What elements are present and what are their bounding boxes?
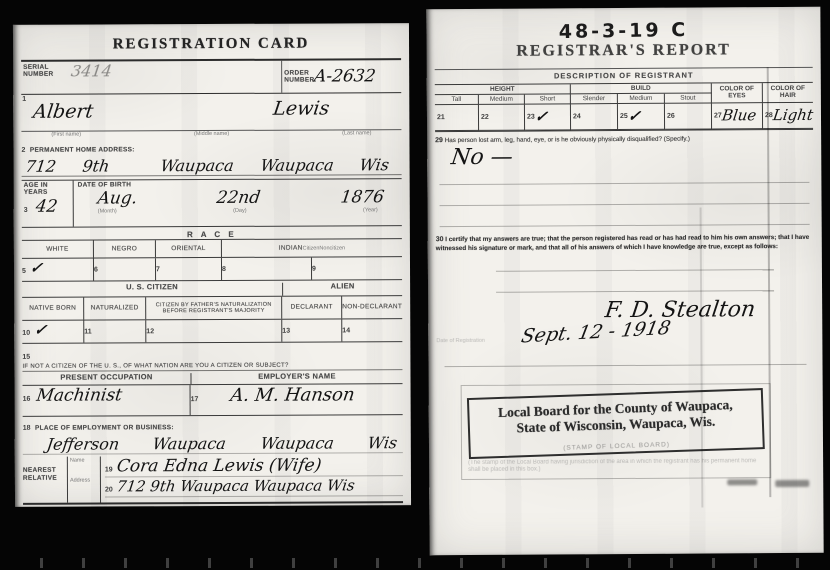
height-tall-label: Tall: [435, 95, 479, 105]
q19-number: 19: [105, 467, 113, 474]
alien-header: ALIEN: [283, 282, 402, 296]
color-of-hair-header: COLOR OF HAIR: [763, 82, 813, 102]
address-county: Waupaca: [259, 155, 335, 174]
serial-number-label: SERIAL NUMBER: [23, 64, 65, 79]
address-city: Waupaca: [160, 156, 236, 175]
employment-street: Jefferson: [45, 434, 120, 453]
order-number-label: ORDER NUMBER: [284, 69, 314, 84]
q29-text: Has person lost arm, leg, hand, eye, or …: [445, 135, 690, 143]
present-occupation-header: PRESENT OCCUPATION: [22, 373, 191, 385]
blank-line: [444, 342, 806, 367]
race-col-negro: Negro: [94, 240, 156, 257]
dob-year: 1876: [339, 188, 385, 208]
name-row: 1 Albert Lewis: [21, 93, 401, 132]
citizen-cell-num: 14: [342, 328, 350, 335]
native-born-checkmark: ✓: [33, 321, 48, 339]
dob-year-sublabel: (Year): [363, 208, 378, 214]
employment-state: Wis: [366, 433, 398, 452]
age-value: 42: [35, 197, 59, 217]
desc-cell-num: 21: [437, 114, 445, 121]
race-col-white: White: [22, 241, 94, 258]
stamp-note: (The stamp of the Local Board having jur…: [468, 458, 764, 475]
build-stout-label: Stout: [665, 93, 712, 103]
color-of-hair-value: Light: [772, 106, 814, 124]
dob-day: 22nd: [216, 188, 262, 208]
first-name-value: Albert: [32, 101, 95, 123]
middle-name-sublabel: (Middle name): [194, 131, 229, 137]
film-edge-ticks: [40, 558, 830, 568]
occupation-value: Machinist: [35, 385, 123, 405]
relative-name-label: Name: [70, 458, 98, 464]
blank-line: [496, 270, 774, 293]
race-cell-num: 6: [94, 267, 98, 274]
card-title: REGISTRATION CARD: [21, 35, 401, 54]
last-name-value: Lewis: [272, 97, 331, 119]
footer-smudge: [775, 480, 809, 487]
col-naturalized: Naturalized: [84, 297, 146, 319]
date-of-registration-label: Date of Registration: [436, 338, 522, 345]
address-label: PERMANENT HOME ADDRESS:: [30, 146, 135, 153]
nearest-relative-block: NEAREST RELATIVE Name Address 19 Cora Ed…: [23, 455, 403, 503]
age-number: 3: [24, 207, 28, 214]
employers-name-header: EMPLOYER'S NAME: [191, 372, 402, 384]
address-block: 2 PERMANENT HOME ADDRESS: 712 9th Waupac…: [21, 137, 401, 177]
dob-day-sublabel: (Day): [233, 208, 246, 214]
q29-answer: No —: [450, 145, 515, 170]
local-board-stamp: Local Board for the County of Waupaca, S…: [467, 388, 765, 460]
race-col-indian: Indian: [279, 245, 303, 253]
serial-number-value: 3414: [70, 61, 113, 80]
q15-number: 15: [22, 354, 30, 361]
relative-name-value: Cora Edna Lewis (Wife): [116, 456, 323, 477]
order-number-value: A-2632: [313, 66, 377, 86]
color-of-eyes-value: Blue: [721, 106, 758, 124]
q15-text: If not a citizen of the U. S., of what n…: [22, 362, 402, 372]
certification-text: I certify that my answers are true; that…: [436, 234, 809, 252]
citizen-cell-num: 11: [84, 329, 91, 336]
race-cell-num: 7: [156, 266, 160, 273]
report-title: REGISTRAR'S REPORT: [435, 41, 813, 61]
nearest-relative-label: NEAREST RELATIVE: [23, 457, 67, 503]
citizen-cell-num: 10: [22, 330, 30, 337]
race-cell-num: 9: [312, 266, 316, 273]
col-father-naturalization: Citizen by Father's Naturalization Befor…: [146, 297, 282, 320]
age-label: Age in Years: [24, 182, 71, 197]
footer-smudge: [727, 479, 757, 485]
race-col-oriental: Oriental: [156, 240, 222, 257]
dob-month: Aug.: [96, 189, 138, 209]
race-table: White Negro Oriental Indian Citizen Nonc…: [22, 238, 402, 282]
race-cell-num: 5: [22, 268, 26, 275]
citizen-cell-num: 12: [146, 328, 154, 335]
race-indian-noncitizen: Noncitizen: [319, 245, 345, 251]
first-name-sublabel: (First name): [51, 132, 81, 138]
desc-cell-num: 26: [667, 112, 675, 119]
q16-number: 16: [23, 396, 31, 403]
occupation-row: 16 Machinist 17 A. M. Hanson: [23, 383, 403, 416]
blank-line: [440, 204, 810, 227]
height-short-checkmark: ✓: [534, 108, 549, 126]
q20-number: 20: [105, 487, 113, 494]
employer-value: A. M. Hanson: [229, 384, 356, 406]
description-of-registrant-title: DESCRIPTION OF REGISTRANT: [435, 67, 813, 82]
q15-block: 15 If not a citizen of the U. S., of wha…: [22, 344, 402, 372]
us-citizen-header: U. S. CITIZEN: [22, 283, 283, 297]
desc-cell-num: 24: [573, 113, 581, 120]
employment-county: Waupaca: [259, 434, 335, 453]
stamp-box-outer: Local Board for the County of Waupaca, S…: [461, 383, 772, 480]
q18-number: 18: [23, 425, 31, 432]
build-medium-checkmark: ✓: [627, 107, 642, 125]
build-medium-label: Medium: [618, 93, 665, 103]
race-white-checkmark: ✓: [29, 259, 44, 277]
height-medium-label: Medium: [479, 94, 525, 104]
blank-line: [439, 183, 809, 206]
q29-number: 29: [435, 137, 443, 144]
citizen-cell-num: 13: [282, 328, 290, 335]
employment-city: Waupaca: [152, 434, 228, 453]
q18-label: PLACE OF EMPLOYMENT OR BUSINESS:: [35, 424, 174, 432]
q1-number: 1: [22, 96, 26, 103]
occupation-headers: PRESENT OCCUPATION EMPLOYER'S NAME: [22, 372, 402, 385]
race-cell-num: 8: [222, 266, 226, 273]
dob-month-sublabel: (Month): [98, 209, 117, 215]
relative-address-value: 712 9th Waupaca Waupaca Wis: [116, 476, 356, 495]
description-table: HEIGHT BUILD COLOR OF EYES COLOR OF HAIR…: [435, 81, 813, 131]
registrars-report-card: 48-3-19 C REGISTRAR'S REPORT DESCRIPTION…: [426, 7, 823, 555]
q2-number: 2: [21, 147, 25, 154]
race-indian-citizen: Citizen: [303, 245, 320, 251]
color-of-eyes-header: COLOR OF EYES: [712, 83, 763, 103]
blank-line: [496, 251, 774, 272]
scan-background: REGISTRATION CARD SERIAL NUMBER 3414 ORD…: [0, 0, 830, 570]
q17-number: 17: [191, 396, 199, 403]
q30-number: 30: [436, 236, 444, 243]
desc-cell-num: 22: [481, 113, 489, 120]
address-no: 712: [24, 157, 57, 176]
col-declarant: Declarant: [282, 297, 342, 319]
q18-block: 18 PLACE OF EMPLOYMENT OR BUSINESS: Jeff…: [23, 414, 403, 455]
stamp-caption: (STAMP OF LOCAL BOARD): [479, 438, 755, 455]
last-name-sublabel: (Last name): [342, 130, 371, 136]
citizen-alien-header: U. S. CITIZEN ALIEN: [22, 282, 402, 297]
certification-block: 30 I certify that my answers are true; t…: [436, 233, 814, 253]
registration-card: REGISTRATION CARD SERIAL NUMBER 3414 ORD…: [13, 23, 411, 507]
address-street: 9th: [81, 156, 111, 175]
col-native-born: Native Born: [22, 298, 84, 320]
col-non-declarant: Non-declarant: [342, 296, 402, 318]
address-state: Wis: [358, 155, 390, 174]
citizen-table: Native Born Naturalized Citizen by Fathe…: [22, 295, 402, 344]
age-dob-row: Age in Years 3 42 Date of Birth Aug. 22n…: [22, 178, 402, 228]
serial-order-row: SERIAL NUMBER 3414 ORDER NUMBER A-2632: [21, 58, 401, 95]
relative-address-label: Address: [70, 478, 98, 484]
height-short-label: Short: [525, 94, 571, 104]
build-slender-label: Slender: [571, 94, 618, 104]
